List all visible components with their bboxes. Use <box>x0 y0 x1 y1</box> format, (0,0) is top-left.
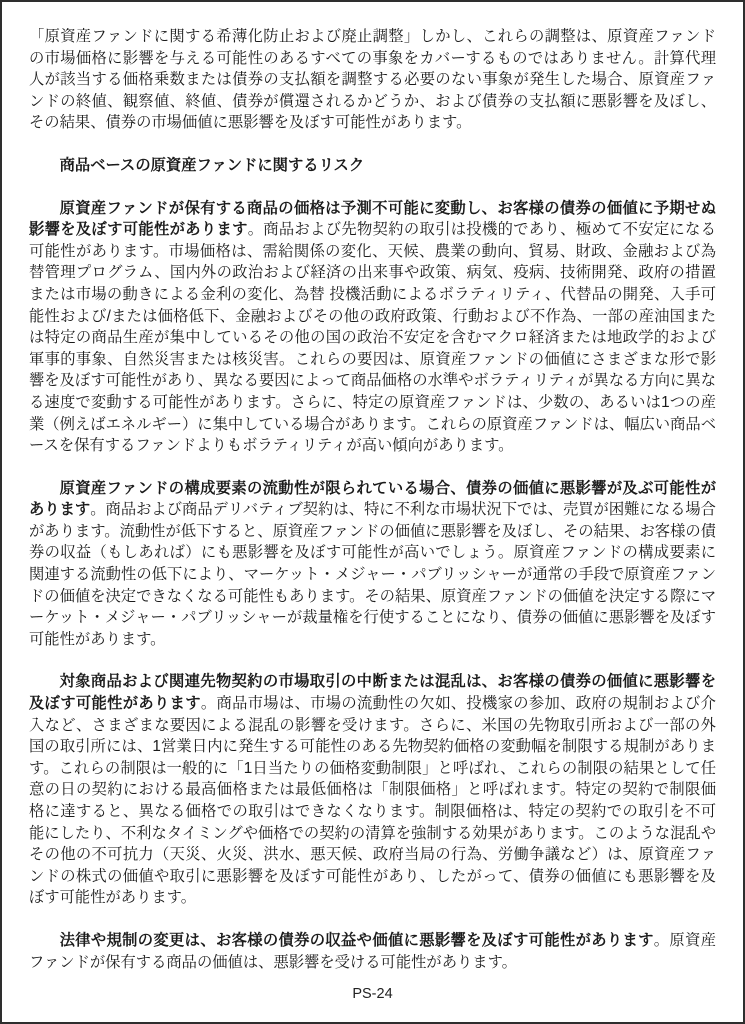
paragraph-text: 。商品および商品デリバティブ契約は、特に不利な市場状況下では、売買が困難になる場… <box>29 501 716 648</box>
paragraph-bold-lead: 法律や規制の変更は、お客様の債券の収益や価値に悪影響を及ぼす可能性があります <box>60 932 654 949</box>
paragraph-market-disruption-risk: 対象商品および関連先物契約の市場取引の中断または混乱は、お客様の債券の価値に悪影… <box>29 671 716 909</box>
paragraph-commodity-price-risk: 原資産ファンドが保有する商品の価格は予測不可能に変動し、お客様の債券の価値に予期… <box>29 198 716 457</box>
paragraph-text: 。商品市場は、市場の流動性の欠如、投機家の参加、政府の規制および介入など、さまざ… <box>29 695 716 906</box>
paragraph-text: 。商品および先物契約の取引は投機的であり、極めて不安定になる可能性があります。市… <box>29 221 716 454</box>
paragraph-legal-regulation-risk: 法律や規制の変更は、お客様の債券の収益や価値に悪影響を及ぼす可能性があります。原… <box>29 930 716 973</box>
paragraph-liquidity-risk: 原資産ファンドの構成要素の流動性が限られている場合、債券の価値に悪影響が及ぶ可能… <box>29 478 716 651</box>
section-heading-commodity-fund-risk: 商品ベースの原資産ファンドに関するリスク <box>29 155 716 177</box>
page-number: PS-24 <box>2 984 743 1006</box>
paragraph-dilution-adjustment: 「原資産ファンドに関する希薄化防止および廃止調整」しかし、これらの調整は、原資産… <box>29 26 716 134</box>
paragraph-text: 「原資産ファンドに関する希薄化防止および廃止調整」しかし、これらの調整は、原資産… <box>29 28 716 131</box>
document-page: 「原資産ファンドに関する希薄化防止および廃止調整」しかし、これらの調整は、原資産… <box>0 0 745 1024</box>
